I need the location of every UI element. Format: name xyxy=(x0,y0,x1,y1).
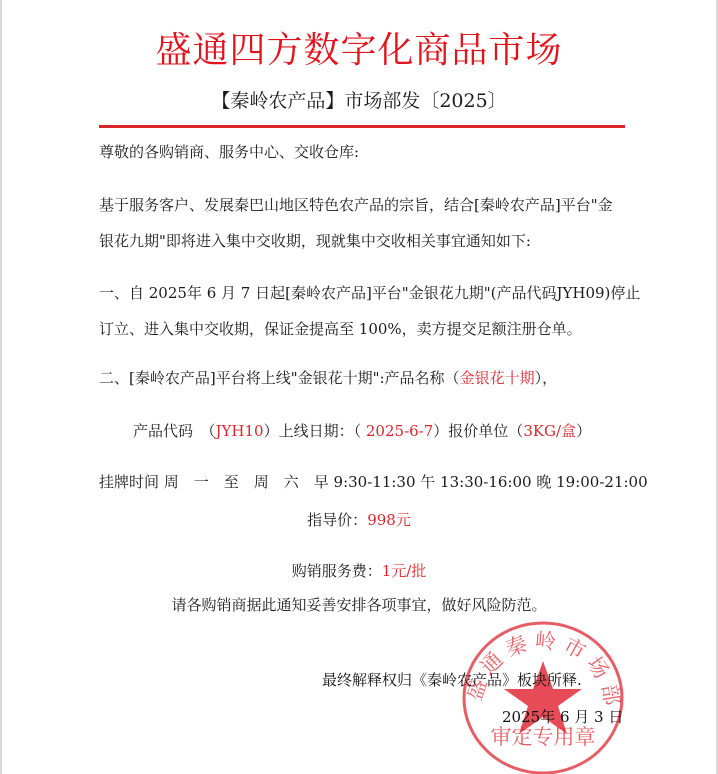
launch-date-value: 2025-6-7 xyxy=(366,422,433,440)
official-seal: 盛通秦岭市场部 审定专用章 xyxy=(460,619,626,774)
listing-time: 挂牌时间 周 一 至 周 六 早 9:30-11:30 午 13:30-16:0… xyxy=(99,472,648,492)
guide-price-value: 998元 xyxy=(367,511,411,529)
product-name: 金银花十期 xyxy=(460,369,535,387)
document-title: 盛通四方数字化商品市场 xyxy=(2,22,716,73)
product-code-value: JYH10 xyxy=(216,422,264,440)
final-interpretation: 最终解释权归《秦岭农产品》板块所释. xyxy=(322,669,582,690)
item-2-suffix: ）， xyxy=(535,369,558,387)
service-fee-label: 购销服务费： xyxy=(292,562,382,580)
product-info-line: 产品代码 （JYH10）上线日期：（ 2025-6-7）报价单位（3KG/盒） xyxy=(133,421,591,441)
salutation: 尊敬的各购销商、服务中心、交收仓库: xyxy=(99,142,359,162)
quote-unit-label: ）报价单位（ xyxy=(433,422,523,440)
intro-line-2: 银花九期"即将进入集中交收期，现就集中交收相关事宜通知如下: xyxy=(99,231,531,251)
reminder: 请各购销商据此通知妥善安排各项事宜，做好风险防范。 xyxy=(2,595,716,615)
issue-date: 2025年 6 月 3 日 xyxy=(502,706,623,727)
guide-price-label: 指导价： xyxy=(307,511,367,529)
document-page: 盛通四方数字化商品市场 【秦岭农产品】市场部发〔2025〕 尊敬的各购销商、服务… xyxy=(0,0,718,774)
service-fee-value: 1元/批 xyxy=(382,562,427,580)
service-fee-line: 购销服务费：1元/批 xyxy=(2,561,716,581)
item-1-line-2: 订立、进入集中交收期，保证金提高至 100%，卖方提交足额注册仓单。 xyxy=(99,319,582,339)
intro-line-1: 基于服务客户、发展秦巴山地区特色农产品的宗旨，结合[秦岭农产品]平台"金 xyxy=(99,195,613,215)
document-number: 【秦岭农产品】市场部发〔2025〕 xyxy=(2,86,716,113)
quote-unit-value: 3KG/盒 xyxy=(523,422,576,440)
seal-graphic: 盛通秦岭市场部 xyxy=(460,619,626,774)
quote-unit-close: ） xyxy=(576,422,591,440)
item-1-line-1: 一、自 2025年 6 月 7 日起[秦岭农产品]平台"金银花九期"(产品代码J… xyxy=(99,283,640,303)
launch-date-label: ）上线日期：（ xyxy=(264,422,366,440)
guide-price-line: 指导价：998元 xyxy=(2,510,716,530)
item-2-prefix: 二、[秦岭农产品]平台将上线"金银花十期":产品名称（ xyxy=(99,369,460,387)
item-2: 二、[秦岭农产品]平台将上线"金银花十期":产品名称（金银花十期）， xyxy=(99,368,557,388)
product-code-label: 产品代码 （ xyxy=(133,422,216,440)
header-divider xyxy=(99,125,625,128)
